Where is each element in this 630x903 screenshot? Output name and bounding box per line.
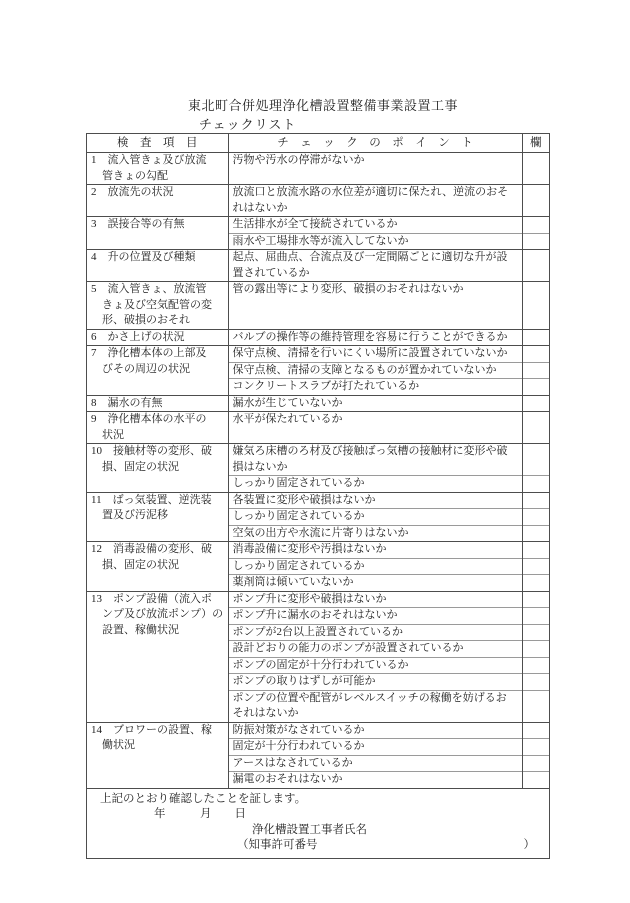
checklist-group-first-row: 5 流入管きょ、放流管 きょ及び空気配管の変 形、破損のおそれ管の露出等により変…: [87, 282, 549, 330]
checklist-group-first-row: 8 漏水の有無漏水が生じていないか: [87, 395, 549, 412]
check-point-cell: ポンプが2台以上設置されているか: [228, 624, 522, 641]
checklist-rows: 1 流入管きょ及び放流 管きょの勾配汚物や汚水の停滞がないか2 放流先の状況放流…: [87, 153, 549, 788]
check-mark-cell: [522, 608, 549, 625]
check-point-cell: 固定が十分行われているか: [228, 739, 522, 756]
page-subtitle: チェックリスト: [199, 114, 296, 133]
check-point-cell: 水平が保たれているか: [228, 412, 522, 444]
check-mark-cell: [522, 641, 549, 658]
check-mark-cell: [522, 674, 549, 691]
check-mark-cell: [522, 542, 549, 559]
installer-name-label: 浄化槽設置工事者氏名: [87, 823, 549, 839]
check-mark-cell: [522, 509, 549, 526]
check-point-cell: 放流口と放流水路の水位差が適切に保たれ、逆流のおそ れはないか: [228, 185, 522, 217]
checklist-group-first-row: 7 浄化槽本体の上部及 びその周辺の状況保守点検、清掃を行いにくい場所に設置され…: [87, 346, 549, 363]
check-point-cell: しっかり固定されているか: [228, 558, 522, 575]
check-point-cell: ポンプ升に漏水のおそれはないか: [228, 608, 522, 625]
check-mark-cell: [522, 558, 549, 575]
inspection-item-cell: 5 流入管きょ、放流管 きょ及び空気配管の変 形、破損のおそれ: [87, 282, 228, 330]
check-mark-cell: [522, 250, 549, 282]
check-mark-cell: [522, 379, 549, 396]
check-mark-cell: [522, 722, 549, 739]
certification-statement: 上記のとおり確認したことを証します。: [87, 792, 549, 808]
check-mark-cell: [522, 444, 549, 476]
checklist-group-first-row: 14 ブロワーの設置、稼 働状況防振対策がなされているか: [87, 722, 549, 739]
check-point-cell: ポンプの位置や配管がレベルスイッチの稼働を妨げるお それはないか: [228, 690, 522, 722]
checklist-group-first-row: 6 かさ上げの状況バルブの操作等の維持管理を容易に行うことができるか: [87, 329, 549, 346]
check-point-cell: 設計どおりの能力のポンプが設置されているか: [228, 641, 522, 658]
checklist-group-first-row: 11 ばっ気装置、逆洗装 置及び汚泥移各装置に変形や破損はないか: [87, 492, 549, 509]
check-point-cell: 保守点検、清掃の支障となるものが置かれていないか: [228, 362, 522, 379]
check-mark-cell: [522, 233, 549, 250]
check-mark-cell: [522, 690, 549, 722]
check-point-cell: 保守点検、清掃を行いにくい場所に設置されていないか: [228, 346, 522, 363]
header-check-points: チ ェ ッ ク の ポ イ ン ト: [228, 134, 522, 153]
check-point-cell: 起点、屈曲点、合流点及び一定間隔ごとに適切な升が設 置されているか: [228, 250, 522, 282]
checklist-group-first-row: 12 消毒設備の変形、破 損、固定の状況消毒設備に変形や汚損はないか: [87, 542, 549, 559]
header-inspection-item: 検 査 項 目: [87, 134, 228, 153]
inspection-item-cell: 12 消毒設備の変形、破 損、固定の状況: [87, 542, 228, 592]
inspection-item-cell: 9 浄化槽本体の水平の 状況: [87, 412, 228, 444]
checklist-group-first-row: 10 接触材等の変形、破 損、固定の状況嫌気ろ床槽のろ材及び接触ばっ気槽の接触材…: [87, 444, 549, 476]
check-point-cell: バルブの操作等の維持管理を容易に行うことができるか: [228, 329, 522, 346]
check-point-cell: 消毒設備に変形や汚損はないか: [228, 542, 522, 559]
check-mark-cell: [522, 739, 549, 756]
inspection-item-cell: 10 接触材等の変形、破 損、固定の状況: [87, 444, 228, 493]
table-header-row: 検 査 項 目 チ ェ ッ ク の ポ イ ン ト 欄: [87, 134, 549, 153]
check-point-cell: 防振対策がなされているか: [228, 722, 522, 739]
permit-close-paren: ）: [524, 838, 536, 854]
check-point-cell: しっかり固定されているか: [228, 476, 522, 493]
inspection-item-cell: 4 升の位置及び種類: [87, 250, 228, 282]
check-mark-cell: [522, 217, 549, 234]
check-mark-cell: [522, 492, 549, 509]
check-point-cell: ポンプ升に変形や破損はないか: [228, 591, 522, 608]
check-point-cell: ポンプの固定が十分行われているか: [228, 657, 522, 674]
inspection-item-cell: 14 ブロワーの設置、稼 働状況: [87, 722, 228, 788]
inspection-item-cell: 6 かさ上げの状況: [87, 329, 228, 346]
check-mark-cell: [522, 185, 549, 217]
check-mark-cell: [522, 575, 549, 592]
check-mark-cell: [522, 346, 549, 363]
check-mark-cell: [522, 591, 549, 608]
check-point-cell: コンクリートスラブが打たれているか: [228, 379, 522, 396]
check-point-cell: アースはなされているか: [228, 755, 522, 772]
checklist-box: 検 査 項 目 チ ェ ッ ク の ポ イ ン ト 欄 1 流入管きょ及び放流 …: [86, 133, 550, 859]
check-mark-cell: [522, 755, 549, 772]
date-line: 年 月 日: [87, 807, 549, 823]
permit-number-label: （知事許可番号: [237, 838, 318, 854]
inspection-item-cell: 7 浄化槽本体の上部及 びその周辺の状況: [87, 346, 228, 396]
check-mark-cell: [522, 657, 549, 674]
check-mark-cell: [522, 624, 549, 641]
inspection-item-cell: 2 放流先の状況: [87, 185, 228, 217]
check-mark-cell: [522, 153, 549, 185]
check-point-cell: しっかり固定されているか: [228, 509, 522, 526]
inspection-item-cell: 13 ポンプ設備（流入ポ ンプ及び放流ポンプ）の 設置、稼働状況: [87, 591, 228, 722]
inspection-item-cell: 1 流入管きょ及び放流 管きょの勾配: [87, 153, 228, 185]
checklist-group-first-row: 9 浄化槽本体の水平の 状況水平が保たれているか: [87, 412, 549, 444]
check-point-cell: 薬剤筒は傾いていないか: [228, 575, 522, 592]
check-point-cell: 汚物や汚水の停滞がないか: [228, 153, 522, 185]
document-page: 東北町合併処理浄化槽設置整備事業設置工事 チェックリスト 検 査 項 目 チ ェ…: [0, 0, 630, 903]
check-mark-cell: [522, 476, 549, 493]
check-point-cell: 各装置に変形や破損はないか: [228, 492, 522, 509]
inspection-item-cell: 11 ばっ気装置、逆洗装 置及び汚泥移: [87, 492, 228, 542]
check-mark-cell: [522, 362, 549, 379]
check-point-cell: ポンプの取りはずしが可能か: [228, 674, 522, 691]
inspection-item-cell: 3 誤接合等の有無: [87, 217, 228, 250]
check-mark-cell: [522, 412, 549, 444]
certification-footer: 上記のとおり確認したことを証します。 年 月 日 浄化槽設置工事者氏名 （知事許…: [87, 788, 549, 858]
check-mark-cell: [522, 282, 549, 330]
check-point-cell: 空気の出方や水流に片寄りはないか: [228, 525, 522, 542]
check-mark-cell: [522, 329, 549, 346]
check-mark-cell: [522, 525, 549, 542]
checklist-group-first-row: 3 誤接合等の有無生活排水が全て接続されているか: [87, 217, 549, 234]
check-point-cell: 雨水や工場排水等が流入してないか: [228, 233, 522, 250]
check-mark-cell: [522, 772, 549, 788]
checklist-group-first-row: 2 放流先の状況放流口と放流水路の水位差が適切に保たれ、逆流のおそ れはないか: [87, 185, 549, 217]
check-point-cell: 漏水が生じていないか: [228, 395, 522, 412]
permit-number-line: （知事許可番号 ）: [87, 838, 549, 854]
checklist-table: 検 査 項 目 チ ェ ッ ク の ポ イ ン ト 欄 1 流入管きょ及び放流 …: [87, 134, 549, 788]
check-point-cell: 嫌気ろ床槽のろ材及び接触ばっ気槽の接触材に変形や破 損はないか: [228, 444, 522, 476]
check-point-cell: 漏電のおそれはないか: [228, 772, 522, 788]
check-point-cell: 生活排水が全て接続されているか: [228, 217, 522, 234]
check-point-cell: 管の露出等により変形、破損のおそれはないか: [228, 282, 522, 330]
header-mark-column: 欄: [522, 134, 549, 153]
page-title: 東北町合併処理浄化槽設置整備事業設置工事: [188, 95, 458, 114]
checklist-group-first-row: 4 升の位置及び種類起点、屈曲点、合流点及び一定間隔ごとに適切な升が設 置されて…: [87, 250, 549, 282]
checklist-group-first-row: 13 ポンプ設備（流入ポ ンプ及び放流ポンプ）の 設置、稼働状況ポンプ升に変形や…: [87, 591, 549, 608]
checklist-group-first-row: 1 流入管きょ及び放流 管きょの勾配汚物や汚水の停滞がないか: [87, 153, 549, 185]
inspection-item-cell: 8 漏水の有無: [87, 395, 228, 412]
check-mark-cell: [522, 395, 549, 412]
